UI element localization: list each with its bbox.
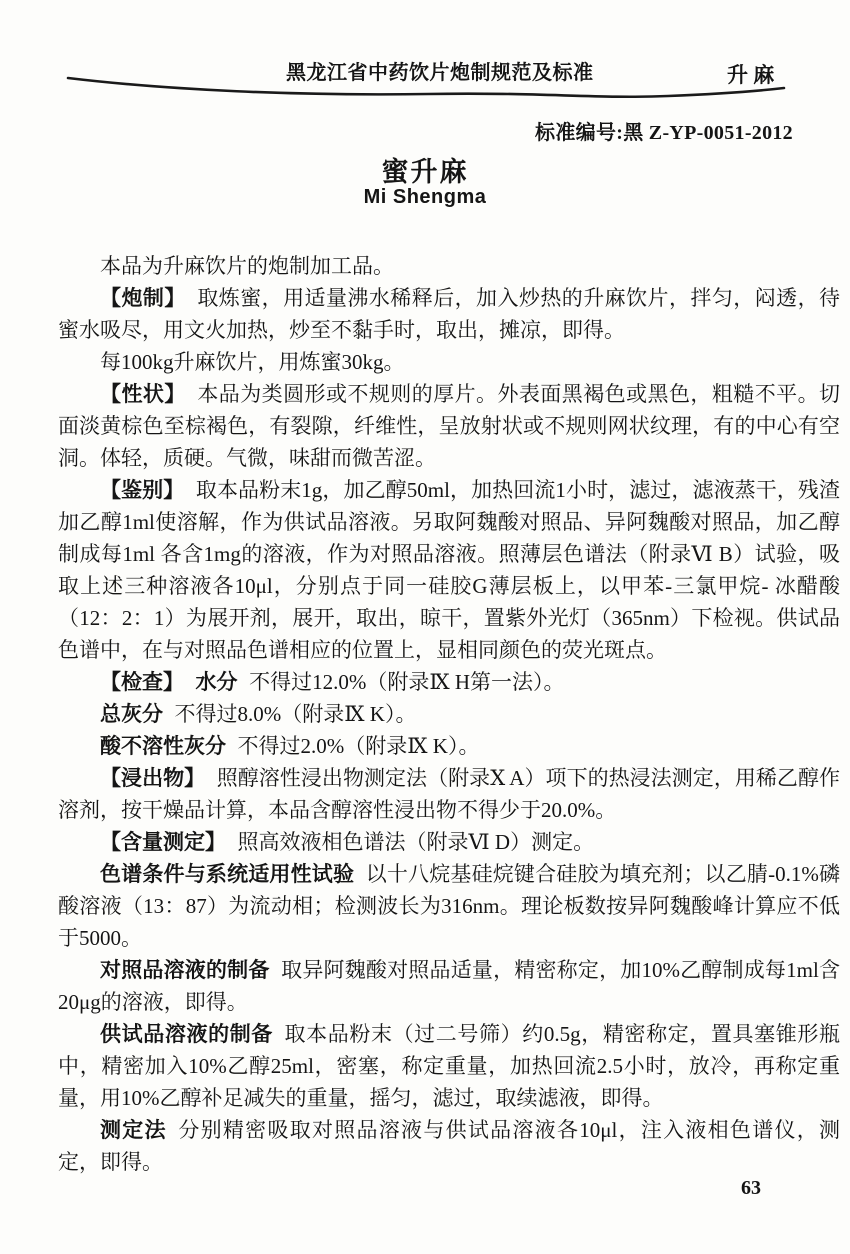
paragraph-honey-ratio: 每100kg升麻饮片，用炼蜜30kg。 [58,346,840,378]
paragraph-reference-solution: 对照品溶液的制备取异阿魏酸对照品适量，精密称定，加10%乙醇制成每1ml含20μ… [58,954,840,1018]
section-label: 【浸出物】 [100,766,205,790]
section-label: 测定法 [100,1118,167,1142]
section-label: 【检查】 [100,670,184,694]
paragraph-total-ash: 总灰分不得过8.0%（附录Ⅸ K）。 [58,698,840,730]
section-label: 【性状】 [100,382,186,406]
section-label: 对照品溶液的制备 [100,958,270,982]
paragraph-intro: 本品为升麻饮片的炮制加工品。 [58,250,840,282]
paragraph-hanliang-ceding: 【含量测定】照高效液相色谱法（附录Ⅵ D）测定。 [58,826,840,858]
paragraph-test-solution: 供试品溶液的制备取本品粉末（过二号筛）约0.5g，精密称定，置具塞锥形瓶中，精密… [58,1018,840,1114]
paragraph-jinchuwu: 【浸出物】照醇溶性浸出物测定法（附录Ⅹ A）项下的热浸法测定，用稀乙醇作溶剂，按… [58,762,840,826]
paragraph-xingzhuang: 【性状】本品为类圆形或不规则的厚片。外表面黑褐色或黑色，粗糙不平。切面淡黄棕色至… [58,378,840,474]
section-label: 酸不溶性灰分 [100,734,226,758]
paragraph-paozhi: 【炮制】取炼蜜，用适量沸水稀释后，加入炒热的升麻饮片，拌匀，闷透，待蜜水吸尽，用… [58,282,840,346]
paragraph-text: 取本品粉末1g，加乙醇50ml，加热回流1小时，滤过，滤液蒸干，残渣加乙醇1ml… [58,478,840,662]
scanned-document-page: 黑龙江省中药饮片炮制规范及标准 升 麻 标准编号:黑 Z-YP-0051-201… [0,0,850,1254]
paragraph-jianbie: 【鉴别】取本品粉末1g，加乙醇50ml，加热回流1小时，滤过，滤液蒸干，残渣加乙… [58,474,840,666]
paragraph-acid-insoluble-ash: 酸不溶性灰分不得过2.0%（附录Ⅸ K）。 [58,730,840,762]
document-body: 本品为升麻饮片的炮制加工品。 【炮制】取炼蜜，用适量沸水稀释后，加入炒热的升麻饮… [58,250,840,1178]
paragraph-jiancha-water: 【检查】水分不得过12.0%（附录Ⅸ H第一法）。 [58,666,840,698]
section-label: 【炮制】 [100,286,186,310]
section-label: 色谱条件与系统适用性试验 [100,862,354,886]
paragraph-text: 不得过8.0%（附录Ⅸ K）。 [175,702,417,726]
paragraph-text: 照高效液相色谱法（附录Ⅵ D）测定。 [238,830,595,854]
standard-number: 标准编号:黑 Z-YP-0051-2012 [535,116,793,145]
paragraph-text: 每100kg升麻饮片，用炼蜜30kg。 [100,350,405,374]
document-title: 蜜升麻 [0,150,850,189]
header-rule-line [58,68,792,104]
page-number: 63 [741,1177,761,1200]
section-label: 【鉴别】 [100,478,184,502]
paragraph-text: 分别精密吸取对照品溶液与供试品溶液各10μl，注入液相色谱仪，测定，即得。 [58,1118,840,1174]
document-title-pinyin: Mi Shengma [0,186,850,209]
section-label: 供试品溶液的制备 [100,1022,273,1046]
section-label: 总灰分 [100,702,163,726]
section-label: 【含量测定】 [100,830,226,854]
paragraph-assay-method: 测定法分别精密吸取对照品溶液与供试品溶液各10μl，注入液相色谱仪，测定，即得。 [58,1114,840,1178]
paragraph-text: 不得过2.0%（附录Ⅸ K）。 [238,734,480,758]
paragraph-chromatography-conditions: 色谱条件与系统适用性试验以十八烷基硅烷键合硅胶为填充剂；以乙腈-0.1%磷酸溶液… [58,858,840,954]
paragraph-text: 本品为升麻饮片的炮制加工品。 [100,254,394,278]
paragraph-text: 不得过12.0%（附录Ⅸ H第一法）。 [249,670,564,694]
sub-label: 水分 [196,670,238,694]
